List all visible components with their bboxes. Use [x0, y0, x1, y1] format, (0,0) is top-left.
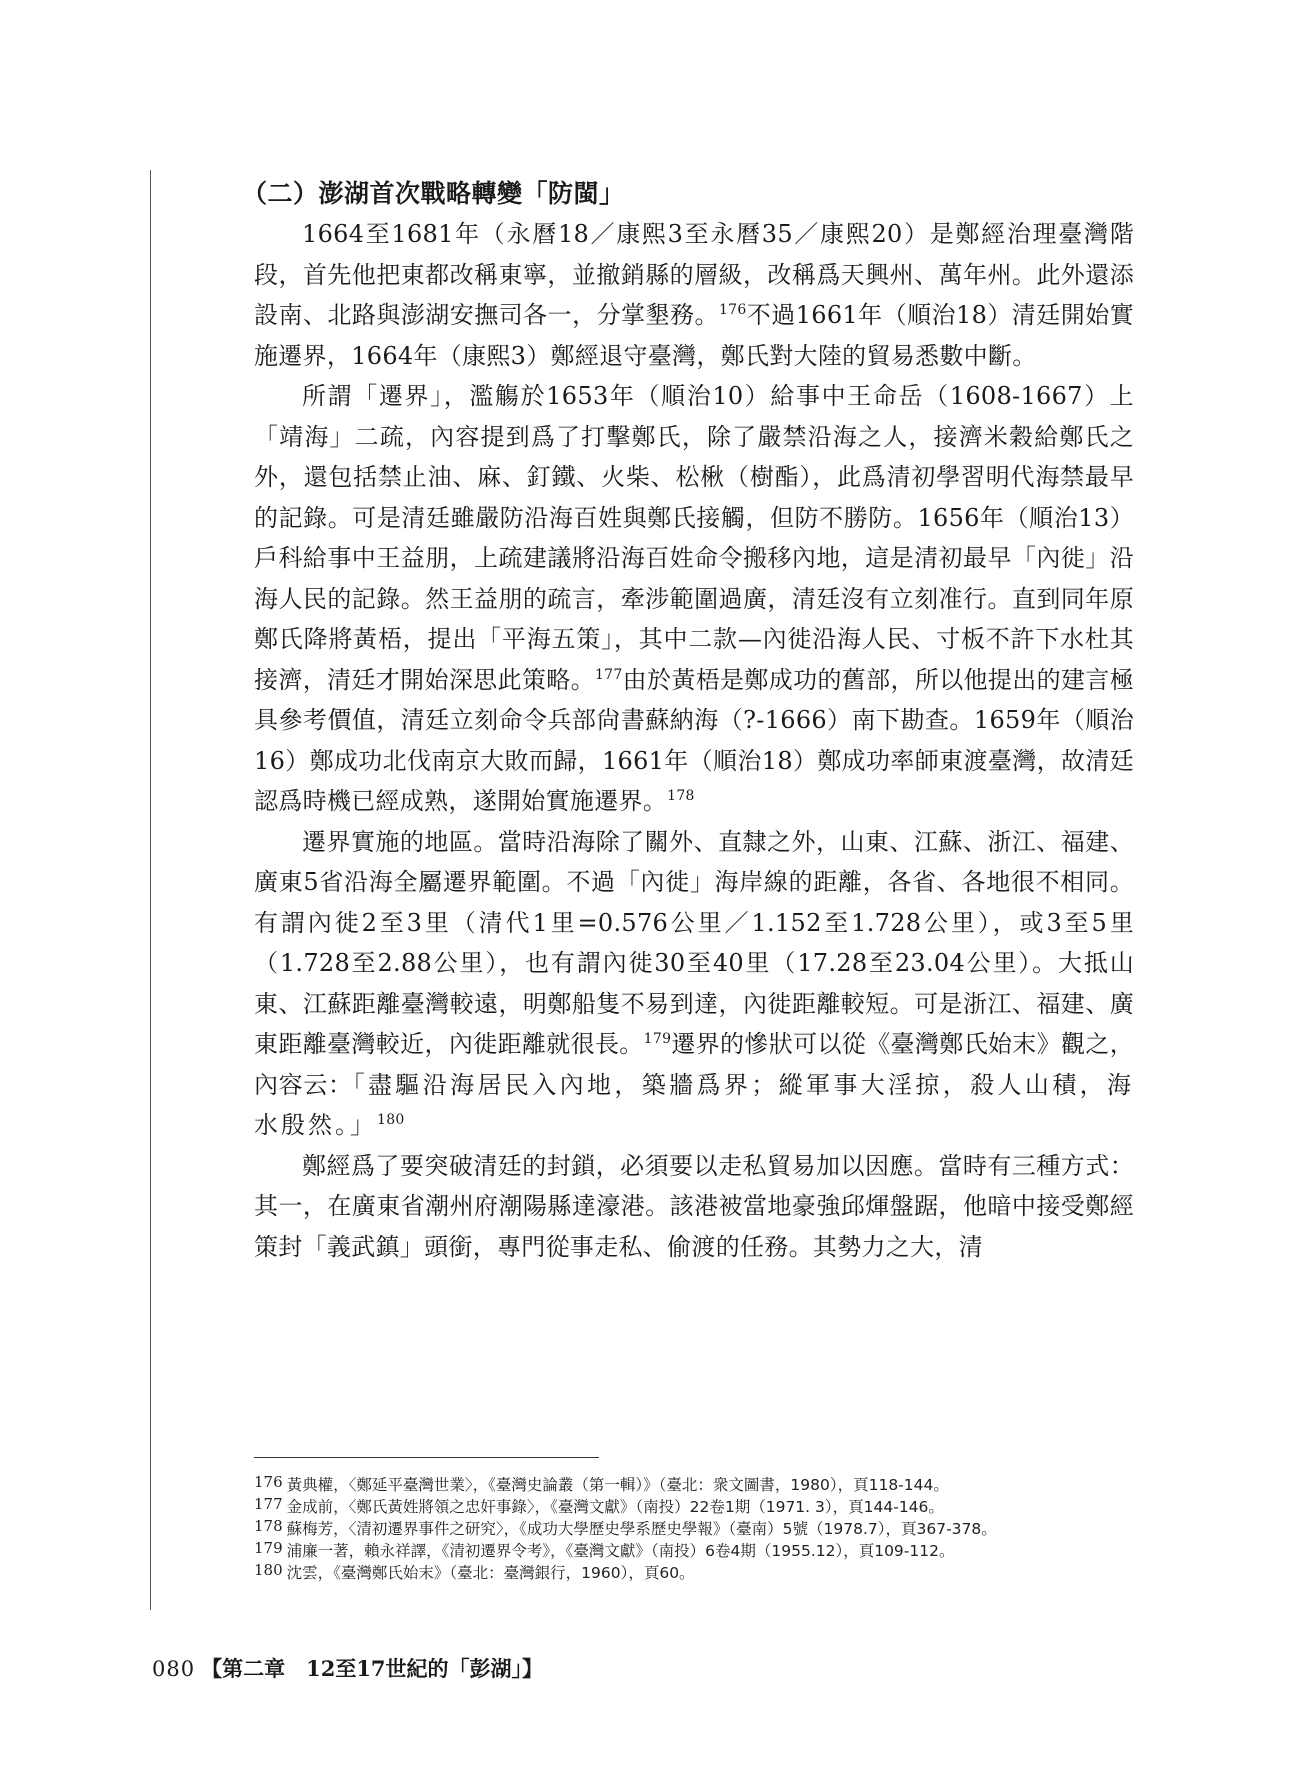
- footnote-ref-178[interactable]: 178: [667, 788, 695, 804]
- paragraph-text: 所謂「遷界」，濫觴於1653年（順治10）給事中王命岳（1608-1667）上「…: [254, 382, 1134, 694]
- block-quote: 「盡驅沿海居民入內地，築牆爲界；縱軍事大淫掠，殺人山積，海水殷然。」: [254, 1071, 1134, 1140]
- footnote-ref-180[interactable]: 180: [377, 1112, 405, 1128]
- footnote-180: 180沈雲，《臺灣鄭氏始末》（臺北：臺灣銀行，1960），頁60。: [254, 1562, 1154, 1584]
- paragraph-2: 所謂「遷界」，濫觴於1653年（順治10）給事中王命岳（1608-1667）上「…: [254, 376, 1134, 822]
- margin-rule: [150, 170, 151, 1610]
- page-number: 080: [152, 1657, 195, 1681]
- section-heading: （二）澎湖首次戰略轉變「防閩」: [242, 174, 1134, 214]
- footnote-176: 176黃典權，〈鄭延平臺灣世業〉，《臺灣史論叢（第一輯）》（臺北：衆文圖書，19…: [254, 1474, 1154, 1496]
- footnote-number: 177: [254, 1495, 283, 1513]
- paragraph-4: 鄭經爲了要突破清廷的封鎖，必須要以走私貿易加以因應。當時有三種方式：其一，在廣東…: [254, 1146, 1134, 1268]
- footnote-text: 沈雲，《臺灣鄭氏始末》（臺北：臺灣銀行，1960），頁60。: [287, 1564, 695, 1582]
- paragraph-text: 鄭經爲了要突破清廷的封鎖，必須要以走私貿易加以因應。當時有三種方式：其一，在廣東…: [254, 1152, 1134, 1261]
- body-content: （二）澎湖首次戰略轉變「防閩」 1664至1681年（永曆18／康熙3至永曆35…: [254, 174, 1134, 1267]
- paragraph-3: 遷界實施的地區。當時沿海除了關外、直隸之外，山東、江蘇、浙江、福建、廣東5省沿海…: [254, 822, 1134, 1146]
- footnote-number: 176: [254, 1473, 283, 1491]
- footnote-ref-176[interactable]: 176: [719, 302, 747, 318]
- footnote-number: 180: [254, 1561, 283, 1579]
- footnote-text: 金成前，〈鄭氏黃姓將領之忠奸事錄〉，《臺灣文獻》（南投）22卷1期（1971. …: [287, 1498, 944, 1516]
- footnote-179: 179浦廉一著，賴永祥譯，《清初遷界令考》，《臺灣文獻》（南投）6卷4期（195…: [254, 1540, 1154, 1562]
- footnote-178: 178蘇梅芳，〈清初遷界事件之研究〉，《成功大學歷史學系歷史學報》（臺南）5號（…: [254, 1518, 1154, 1540]
- paragraph-1: 1664至1681年（永曆18／康熙3至永曆35／康熙20）是鄭經治理臺灣階段，…: [254, 214, 1134, 376]
- footnote-text: 蘇梅芳，〈清初遷界事件之研究〉，《成功大學歷史學系歷史學報》（臺南）5號（197…: [287, 1520, 997, 1538]
- running-head: 【第二章 12至17世紀的「彭湖」】: [201, 1656, 543, 1681]
- footnote-number: 178: [254, 1517, 283, 1535]
- footnote-text: 浦廉一著，賴永祥譯，《清初遷界令考》，《臺灣文獻》（南投）6卷4期（1955.1…: [287, 1542, 955, 1560]
- footnote-177: 177金成前，〈鄭氏黃姓將領之忠奸事錄〉，《臺灣文獻》（南投）22卷1期（197…: [254, 1496, 1154, 1518]
- footnote-text: 黃典權，〈鄭延平臺灣世業〉，《臺灣史論叢（第一輯）》（臺北：衆文圖書，1980）…: [287, 1476, 949, 1494]
- footnote-ref-179[interactable]: 179: [644, 1031, 672, 1047]
- footnote-number: 179: [254, 1539, 283, 1557]
- page-footer: 080【第二章 12至17世紀的「彭湖」】: [152, 1653, 543, 1683]
- footnotes: 176黃典權，〈鄭延平臺灣世業〉，《臺灣史論叢（第一輯）》（臺北：衆文圖書，19…: [254, 1474, 1154, 1584]
- paragraph-text: 遷界實施的地區。當時沿海除了關外、直隸之外，山東、江蘇、浙江、福建、廣東5省沿海…: [254, 828, 1134, 1059]
- footnote-ref-177[interactable]: 177: [595, 667, 623, 683]
- footnote-separator: [254, 1457, 599, 1458]
